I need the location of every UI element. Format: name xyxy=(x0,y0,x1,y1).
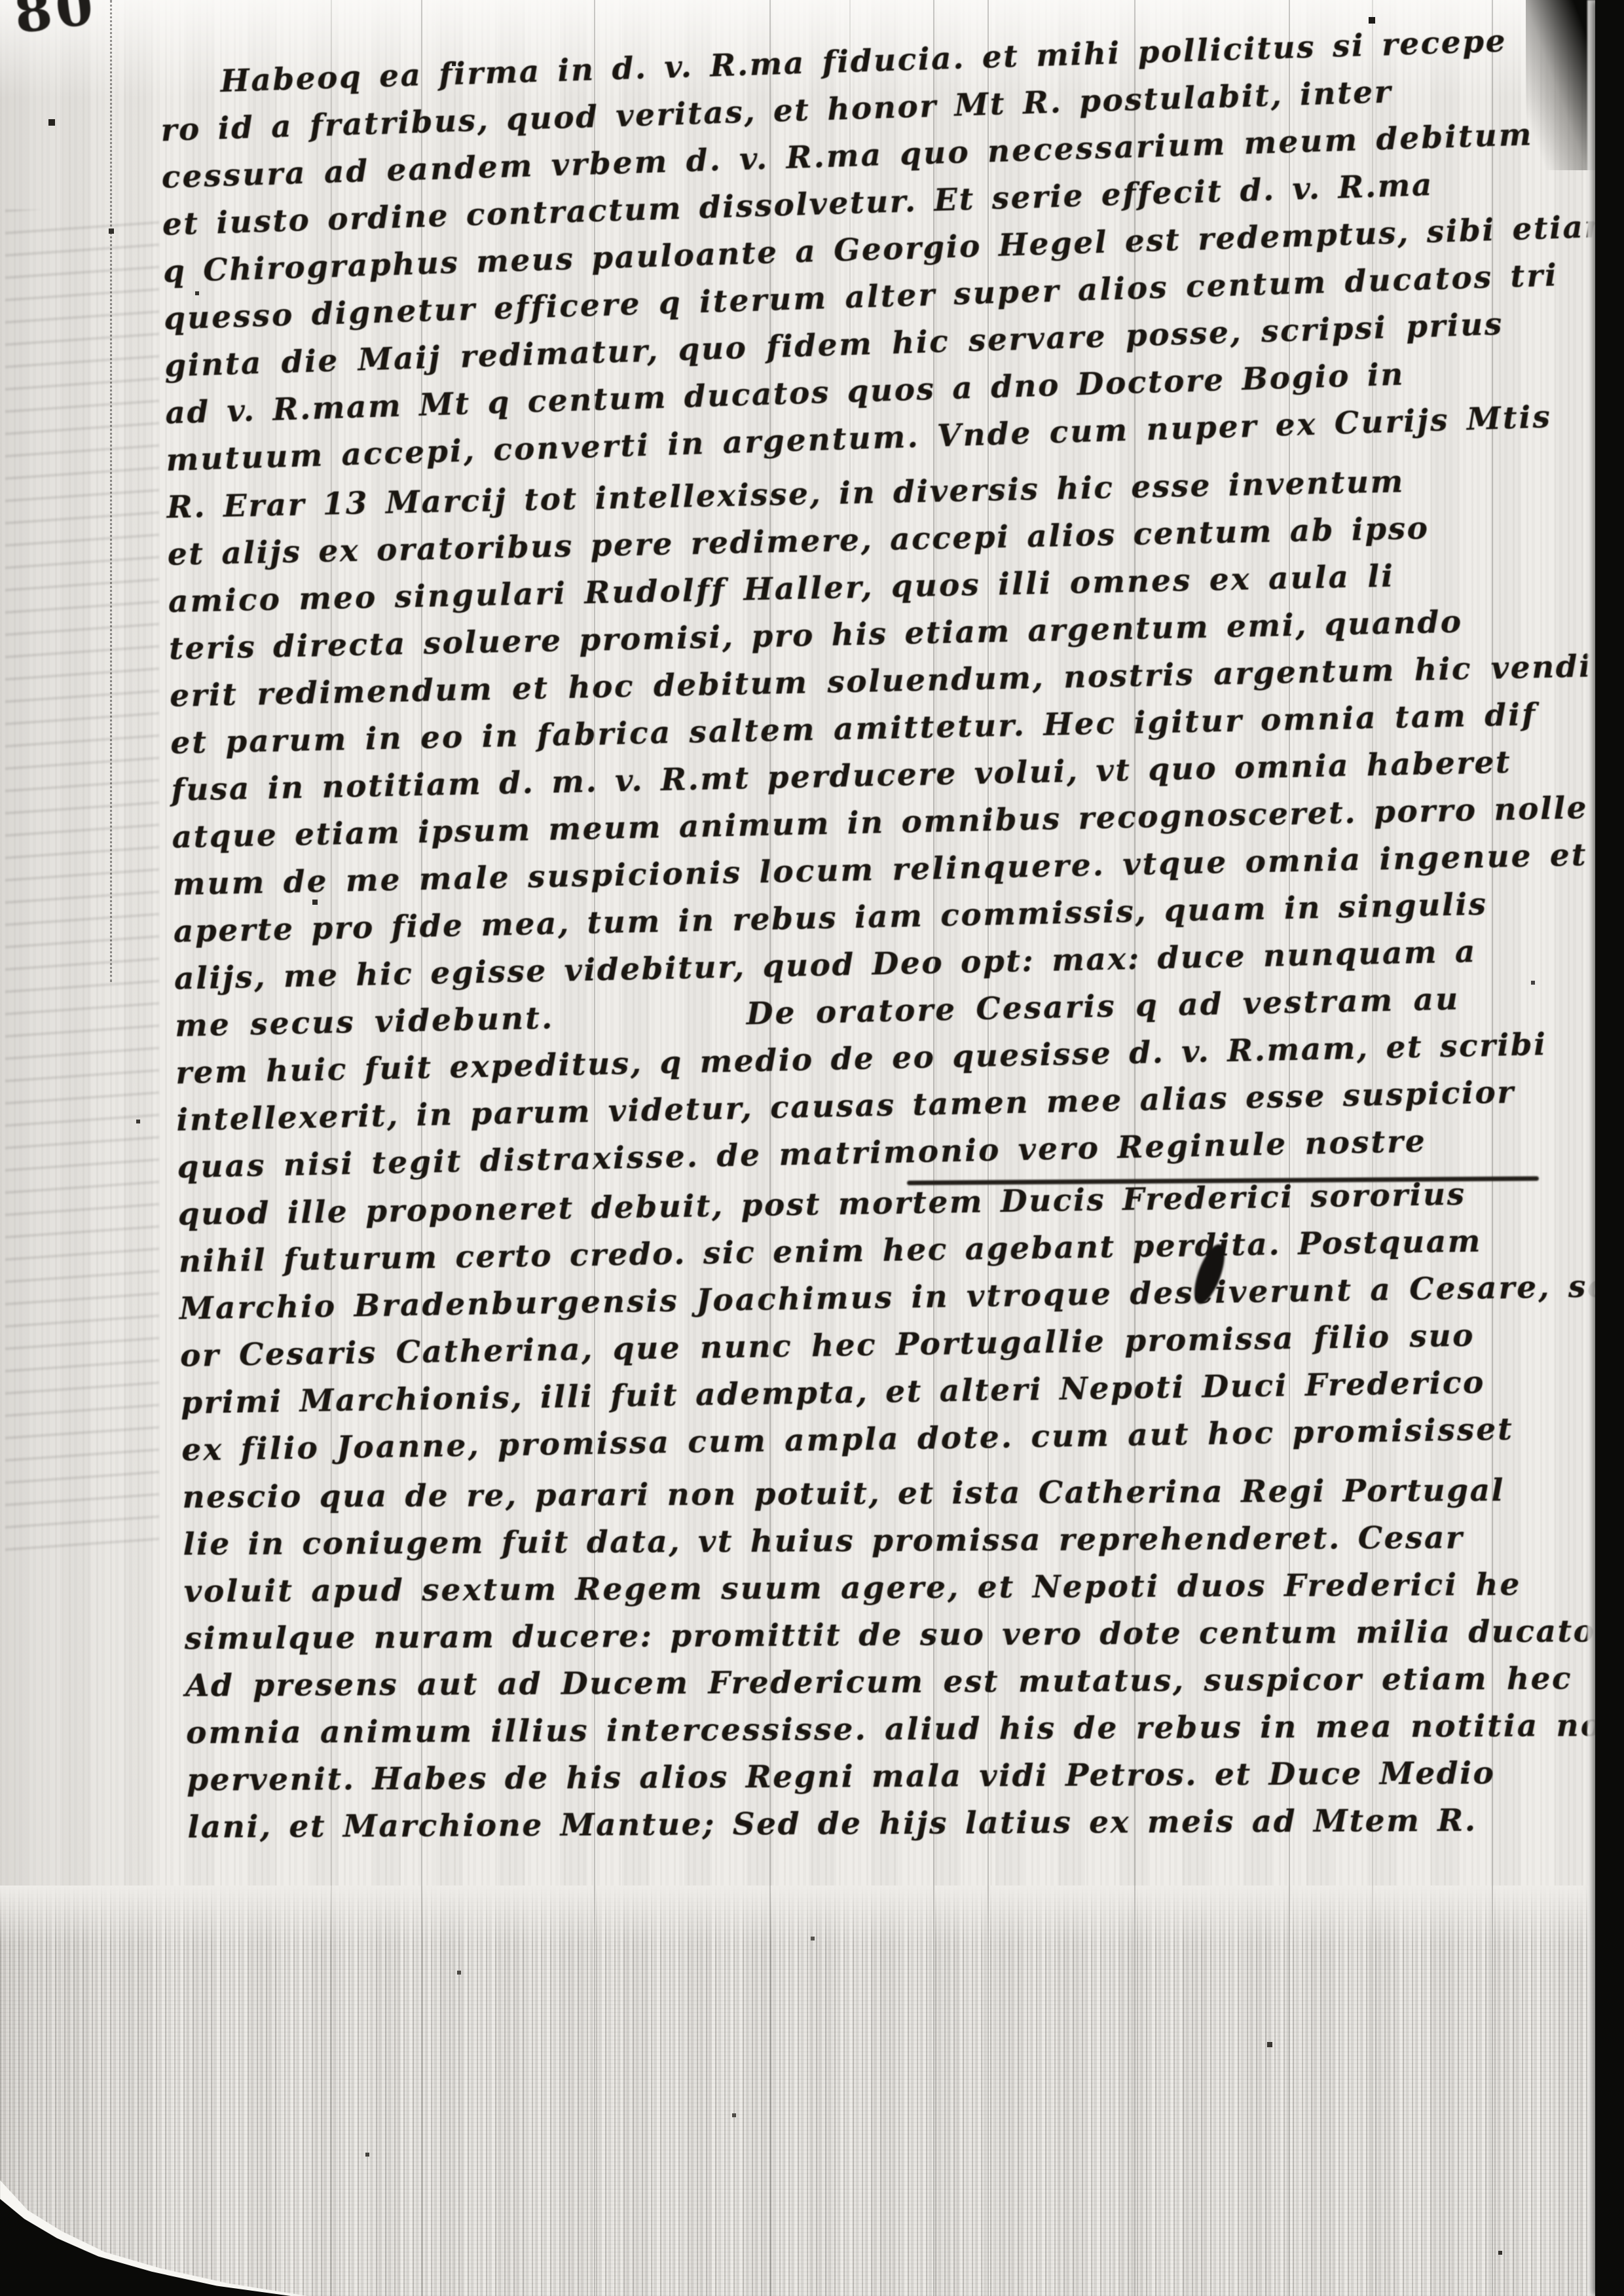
paper-specks xyxy=(0,0,1,1)
crease-line xyxy=(110,0,113,982)
ink-bleedthrough xyxy=(5,210,159,1552)
paper-bottom-texture xyxy=(0,1886,1602,2296)
manuscript-scan-page: 80 Habeoq ea firma in d. v. R.ma fiducia… xyxy=(0,0,1624,2296)
manuscript-line: Ad presens aut ad Ducem Fredericum est m… xyxy=(185,1655,1600,1709)
photostat-black-edge xyxy=(1595,0,1624,2296)
manuscript-line: omnia animum illius intercessisse. aliud… xyxy=(186,1702,1600,1757)
folio-number: 80 xyxy=(11,0,100,41)
manuscript-text-block: Habeoq ea firma in d. v. R.ma fiducia. e… xyxy=(160,38,1602,1851)
manuscript-line: voluit apud sextum Regem suum agere, et … xyxy=(184,1561,1598,1615)
manuscript-line: pervenit. Habes de his alios Regni mala … xyxy=(187,1749,1601,1804)
manuscript-line: lie in coniugem fuit data, vt huius prom… xyxy=(183,1514,1597,1568)
manuscript-line: nescio qua de re, parari non potuit, et … xyxy=(182,1467,1596,1521)
manuscript-line: lani, et Marchione Mantue; Sed de hijs l… xyxy=(187,1796,1602,1851)
manuscript-line: simulque nuram ducere: promittit de suo … xyxy=(185,1608,1599,1662)
